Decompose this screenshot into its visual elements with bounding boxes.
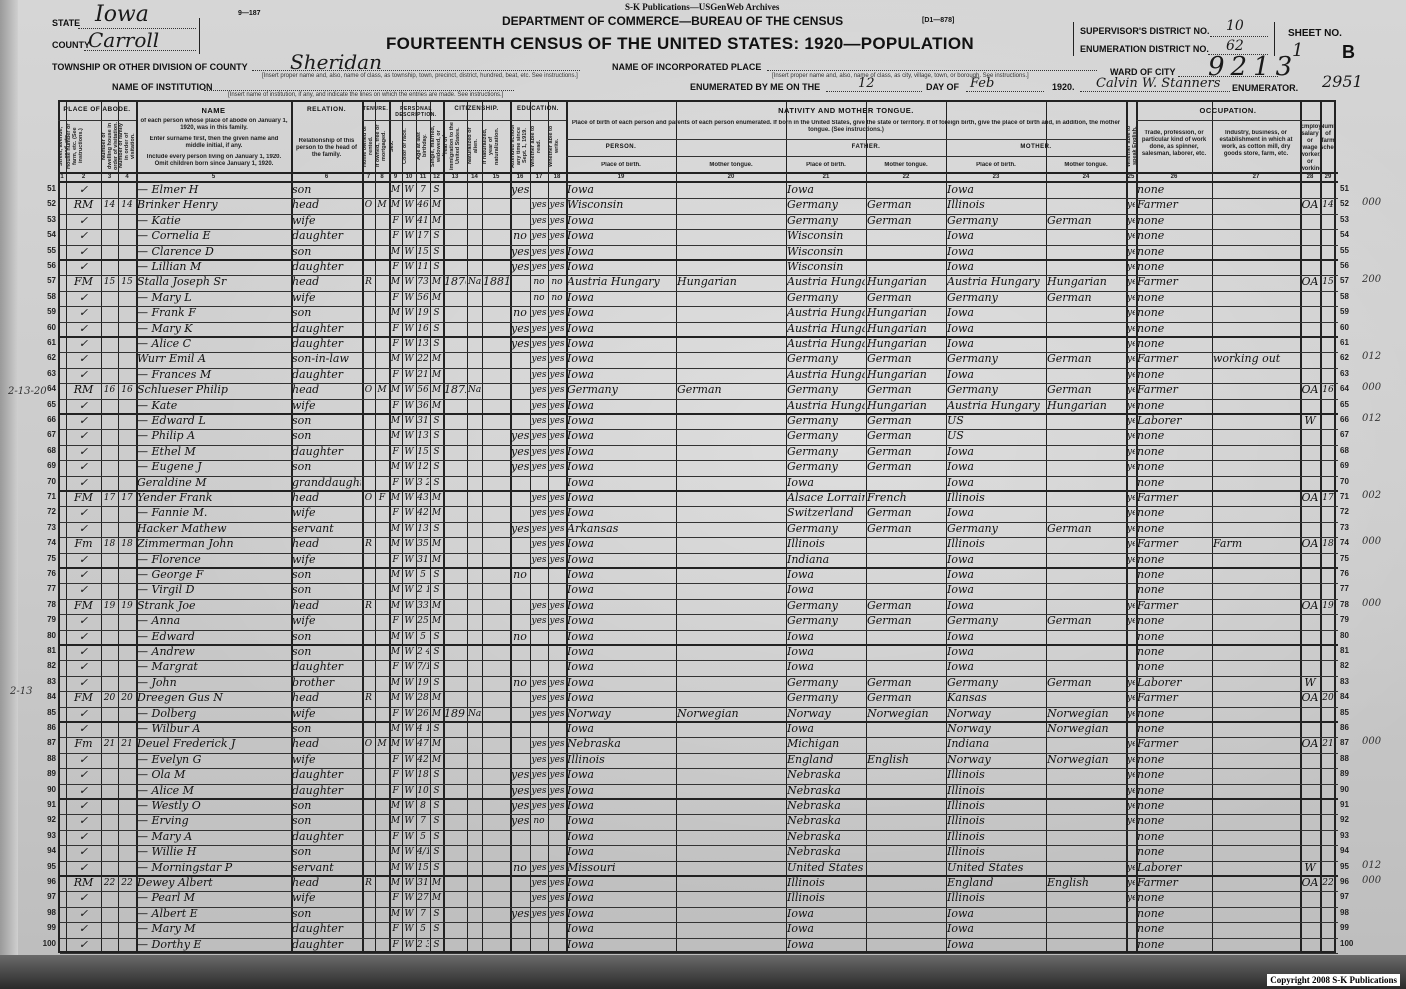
line-number: 59 [34,307,56,316]
cell-emp: OA [1301,380,1319,400]
line-number: 59 [1340,307,1362,316]
cell-emp: OA [1301,596,1319,616]
group-divider [566,139,1126,140]
color-heading: Color or race. [402,122,416,170]
cell-owned: O [363,734,374,754]
page-edge [0,0,18,989]
column-number: 29 [1320,174,1336,180]
row-group-divider [60,644,1338,646]
line-number: 100 [1340,939,1362,948]
cell-color: W [403,935,415,955]
line-number: 94 [34,846,56,855]
line-number: 93 [1340,831,1362,840]
census-table: PLACE OF ABODE.NAMERELATION.TENURE.PERSO… [58,100,1336,953]
line-number: 86 [34,723,56,732]
column-number: 7 [362,174,375,180]
cell-family: 20 [119,688,135,708]
line-number: 87 [1340,738,1362,747]
cell-tongue: Hungarian [677,272,785,292]
enumeration-label: ENUMERATION DISTRICT NO. [1080,44,1209,54]
cell-ftongue: German [867,611,945,631]
cell-emp: OA [1301,688,1319,708]
line-number: 51 [34,184,56,193]
industry-heading: Industry, business, or establishment in … [1214,130,1298,166]
column-number: 3 [101,174,118,180]
group-education: EDUCATION. [510,106,566,112]
line-number: 91 [34,800,56,809]
street-heading: Street, avenue, road, etc. [58,122,66,170]
township-label: TOWNSHIP OR OTHER DIVISION OF COUNTY [52,62,248,72]
cell-write: yes [549,904,565,924]
line-number: 58 [1340,292,1362,301]
column-number: 8 [375,174,389,180]
margin-code: 012 [1362,413,1381,424]
line-number: 55 [34,246,56,255]
cell-farm: 14 [1321,195,1335,215]
line-number: 73 [1340,523,1362,532]
township-hint: [Insert proper name and, also, name of c… [262,73,578,79]
margin-code: 000 [1362,598,1381,609]
corner-note: 2951 [1322,72,1363,91]
family-heading: Number of family in order of visitation. [118,122,136,170]
line-number: 65 [34,400,56,409]
sheet-label: SHEET NO. [1288,28,1342,39]
cell-family: 21 [119,734,135,754]
cell-age: 2 3/12 [417,935,429,955]
cell-family: 14 [119,195,135,215]
day-of-label: DAY OF [926,82,959,92]
line-number: 68 [34,446,56,455]
cell-mpob: Iowa [947,935,1045,955]
cell-mtongue: Norwegian [1047,750,1125,770]
line-number: 82 [34,661,56,670]
cell-eng: yes [1127,811,1135,831]
line-number: 88 [34,754,56,763]
row-group-divider [60,490,1338,492]
cell-name: — Dorthy E [137,935,290,955]
line-number: 86 [1340,723,1362,732]
group-father: FATHER. [786,144,946,150]
row-group-divider [60,721,1338,723]
line-number: 91 [1340,800,1362,809]
english-heading: Whether able to speak English. [1126,122,1136,170]
cell-farm: 15 [1321,272,1335,292]
cell-owned: R [363,272,374,292]
line-number: 98 [1340,908,1362,917]
margin-code: 002 [1362,490,1381,501]
line-number: 95 [34,862,56,871]
copyright: Copyright 2008 S-K Publications [1267,974,1400,986]
cell-family: 18 [119,534,135,554]
cell-mtongue: German [1047,611,1125,631]
cell-nat: Na [468,380,481,400]
group-mother: MOTHER. [946,144,1126,150]
cell-farm: 21 [1321,734,1335,754]
cell-emp: OA [1301,534,1319,554]
line-number: 71 [34,492,56,501]
line-number: 95 [1340,862,1362,871]
cell-relation: daughter [292,935,361,955]
enumerator-label: ENUMERATOR. [1232,83,1298,93]
mother-mother-tongue: Mother tongue. [1046,162,1126,170]
line-number: 61 [1340,338,1362,347]
line-number: 72 [34,507,56,516]
cell-school: no [511,673,529,693]
cell-marital: S [431,935,442,955]
cell-owned: O [363,380,374,400]
line-number: 60 [34,323,56,332]
cell-owned: O [363,195,374,215]
line-number: 92 [34,815,56,824]
line-number: 81 [34,646,56,655]
employer-heading: Employer, salary or wage worker, or work… [1300,124,1320,170]
naturalized-heading: Naturalized or alien. [467,122,482,170]
enumerated-month: Feb [970,76,994,91]
line-number: 90 [34,785,56,794]
cell-dwelling: 14 [102,195,117,215]
line-number: 67 [1340,430,1362,439]
line-number: 57 [1340,276,1362,285]
line-number: 84 [34,692,56,701]
cell-school: yes [511,904,529,924]
column-number: 14 [467,174,482,180]
line-number: 75 [34,554,56,563]
line-number: 99 [1340,923,1362,932]
person-place-of-birth: Place of birth. [566,162,676,170]
line-number: 90 [1340,785,1362,794]
line-number: 58 [34,292,56,301]
form-number: 9—187 [238,10,261,17]
cell-mtongue: German [1047,288,1125,308]
cell-dwelling: 21 [102,734,117,754]
line-number: 99 [34,923,56,932]
immigration-heading: Year of immigration to the United States… [443,122,467,170]
group-divider [510,120,566,121]
cell-family: 16 [119,380,135,400]
line-number: 69 [34,461,56,470]
cell-family: 19 [119,596,135,616]
mortgaged-heading: If owned, free or mortgaged. [375,122,389,170]
cell-dwelling: 18 [102,534,117,554]
group-divider [443,120,510,121]
cell-nat: Na [468,272,481,292]
line-number: 97 [34,892,56,901]
line-number: 52 [34,199,56,208]
margin-code: 000 [1362,736,1381,747]
line-number: 83 [1340,677,1362,686]
cell-owned: R [363,596,374,616]
group-citizenship: CITIZENSHIP. [443,106,510,112]
line-number: 52 [1340,199,1362,208]
cell-school: yes [511,811,529,831]
enumerator-name: Calvin W. Stanners [1096,76,1220,91]
margin-code: 000 [1362,197,1381,208]
line-number: 63 [1340,369,1362,378]
cell-eng: yes [1127,888,1135,908]
institution-label: NAME OF INSTITUTION [112,82,213,92]
line-number: 93 [34,831,56,840]
row-group-divider [60,798,1338,800]
line-number: 78 [1340,600,1362,609]
cell-emp: OA [1301,272,1319,292]
line-number: 88 [1340,754,1362,763]
line-number: 96 [34,877,56,886]
nat-year-heading: If naturalized, year of naturalization. [482,122,510,170]
group-divider [362,120,389,121]
line-number: 63 [34,369,56,378]
line-number: 74 [34,538,56,547]
margin-code: 200 [1362,274,1381,285]
township-value: Sheridan [290,50,382,74]
group-divider [1136,120,1320,121]
line-number: 62 [1340,353,1362,362]
line-number: 77 [34,584,56,593]
cell-farm: 18 [1321,534,1335,554]
line-number: 78 [34,600,56,609]
line-number: 85 [34,708,56,717]
line-number: 65 [1340,400,1362,409]
cell-mort: M [376,734,388,754]
ward-label: WARD OF CITY [1110,67,1176,77]
line-number: 57 [34,276,56,285]
father-place-of-birth: Place of birth. [786,162,866,170]
group-name: NAME [136,106,291,115]
line-number: 54 [34,230,56,239]
cell-ftongue: German [867,457,945,477]
name-instructions: of each person whose place of abode on J… [140,118,288,130]
read-heading: Whether able to read. [530,122,548,170]
line-number: 89 [1340,769,1362,778]
cell-owned: R [363,688,374,708]
column-number: 24 [1046,174,1126,180]
sheet-side: B [1342,42,1355,63]
line-number: 66 [1340,415,1362,424]
cell-mort: M [376,195,388,215]
cell-school: yes [511,519,529,539]
name-instructions-3: Include every person living on January 1… [140,154,288,170]
line-number: 77 [1340,584,1362,593]
census-sheet: S-K Publications—USGenWeb Archives 9—187… [0,0,1406,989]
margin-code: 012 [1362,351,1381,362]
column-number: 15 [482,174,510,180]
cell-pob: Iowa [567,935,675,955]
mother-place-of-birth: Place of birth. [946,162,1046,170]
margin-code: 000 [1362,536,1381,547]
margin-code: 000 [1362,875,1381,886]
line-number: 96 [1340,877,1362,886]
cell-read: no [531,811,547,831]
cell-dwelling: 19 [102,596,117,616]
cell-read: yes [531,904,547,924]
line-number: 56 [34,261,56,270]
group-relation: RELATION. [291,106,362,113]
line-number: 61 [34,338,56,347]
line-number: 85 [1340,708,1362,717]
line-number: 64 [1340,384,1362,393]
line-number: 69 [1340,461,1362,470]
supervisor-value: 10 [1226,18,1244,34]
school-heading: Attended school any time since Sept. 1, … [510,122,530,170]
cell-tongue: German [677,380,785,400]
line-number: 89 [34,769,56,778]
line-number: 97 [1340,892,1362,901]
incorporated-label: NAME OF INCORPORATED PLACE [612,62,761,72]
cell-eng: yes [1127,611,1135,631]
nativity-instructions: Place of birth of each person and parent… [570,120,1122,136]
group-divider [58,120,136,121]
county-value: Carroll [88,28,159,52]
line-number: 72 [1340,507,1362,516]
relation-instructions: Relationship of this person to the head … [295,138,358,158]
cell-mtongue: German [1047,673,1125,693]
line-number: 62 [34,353,56,362]
line-number: 79 [34,615,56,624]
row-group-divider [60,875,1338,877]
cell-dwelling: 16 [102,380,117,400]
column-number: 22 [866,174,946,180]
line-number: 98 [34,908,56,917]
cell-mtongue: German [1047,349,1125,369]
line-number: 82 [1340,661,1362,670]
line-number: 81 [1340,646,1362,655]
line-number: 60 [1340,323,1362,332]
group-personal: PERSONAL DESCRIPTION. [389,106,443,118]
row-group-divider [60,567,1338,569]
line-number: 56 [1340,261,1362,270]
cell-read: yes [531,457,547,477]
line-number: 68 [1340,446,1362,455]
line-number: 83 [34,677,56,686]
cell-farm: 20 [1321,688,1335,708]
line-number: 76 [1340,569,1362,578]
owned-heading: Home owned or rented. [362,122,375,170]
cell-read: yes [531,611,547,631]
line-number: 79 [1340,615,1362,624]
sex-heading: Sex. [389,122,402,170]
group-person: PERSON. [566,144,676,150]
row-group-divider [60,413,1338,415]
cell-trade: none [1137,935,1211,955]
line-number: 84 [1340,692,1362,701]
column-number: 1 [58,174,66,180]
group-abode: PLACE OF ABODE. [58,106,136,113]
cell-imm: 1872 [444,380,466,400]
group-divider [566,156,1126,157]
line-number: 94 [1340,846,1362,855]
line-number: 55 [1340,246,1362,255]
dwelling-heading: Number of dwelling house in order of vis… [101,122,118,170]
cell-emp: OA [1301,734,1319,754]
line-number: 51 [1340,184,1362,193]
cell-emp: OA [1301,195,1319,215]
line-number: 75 [1340,554,1362,563]
cell-family: 15 [119,272,135,292]
cell-fpob: Iowa [787,935,865,955]
line-number: 67 [34,430,56,439]
margin-date-note-2: 2-13 [10,686,32,697]
father-mother-tongue: Mother tongue. [866,162,946,170]
state-value: Iowa [95,2,149,27]
state-label: STATE [52,18,80,28]
age-heading: Age at last birthday. [416,122,430,170]
cell-write: yes [549,611,565,631]
cell-mort: M [376,380,388,400]
column-number: 28 [1300,174,1320,180]
cell-imm: 1876 [444,272,466,292]
marital-heading: Single, married, widowed, or divorced. [430,122,443,170]
page-shadow [0,955,1406,989]
row-group-divider [60,259,1338,261]
column-number: 17 [530,174,548,180]
line-number: 66 [34,415,56,424]
line-number: 54 [1340,230,1362,239]
watermark: S-K Publications—USGenWeb Archives [625,2,779,12]
cell-industry: working out [1213,349,1299,369]
line-number: 53 [34,215,56,224]
form-code: [D1—878] [922,17,954,24]
line-number: 70 [1340,477,1362,486]
cell-eng: yes [1127,457,1135,477]
cell-school: yes [511,180,529,200]
cell-write: yes [549,457,565,477]
institution-hint: [Insert name of institution, if any, and… [228,92,503,98]
line-number: 71 [1340,492,1362,501]
margin-code: 000 [1362,382,1381,393]
line-number: 64 [34,384,56,393]
supervisor-label: SUPERVISOR'S DISTRICT NO. [1080,26,1210,36]
column-number: 25 [1126,174,1136,180]
ward-value: 9213 [1208,52,1298,82]
group-tenure: TENURE. [362,106,389,112]
line-number: 74 [1340,538,1362,547]
line-number: 70 [34,477,56,486]
line-number: 73 [34,523,56,532]
line-number: 80 [34,631,56,640]
cell-farm: 19 [1321,596,1335,616]
cell-mtongue: German [1047,519,1125,539]
year: 1920. [1052,82,1075,92]
column-number: 4 [118,174,136,180]
row-group-divider [60,336,1338,338]
line-number: 76 [34,569,56,578]
cell-natyr: 1881 [483,272,509,292]
cell-ftongue: German [867,519,945,539]
cell-owned: R [363,534,374,554]
cell-house: ✓ [67,935,100,955]
farm-schedule-heading: Number of farm schedule. [1320,124,1336,170]
cell-mtongue: German [1047,211,1125,231]
enumerated-label: ENUMERATED BY ME ON THE [690,82,820,92]
cell-farm: 16 [1321,380,1335,400]
line-number: 92 [1340,815,1362,824]
cell-industry: Farm [1213,534,1299,554]
house-heading: House number or farm, etc. (See instruct… [66,122,101,170]
page-title: FOURTEENTH CENSUS OF THE UNITED STATES: … [386,34,974,54]
group-occupation: OCCUPATION. [1136,106,1320,115]
cell-sex: F [390,935,401,955]
line-number: 53 [1340,215,1362,224]
cell-dwelling: 15 [102,272,117,292]
line-number: 87 [34,738,56,747]
margin-code: 012 [1362,860,1381,871]
trade-heading: Trade, profession, or particular kind of… [1138,130,1210,166]
line-number: 100 [34,939,56,948]
column-number: 13 [443,174,467,180]
department-heading: DEPARTMENT OF COMMERCE—BUREAU OF THE CEN… [502,14,843,28]
line-number: 80 [1340,631,1362,640]
cell-school: yes [511,457,529,477]
write-heading: Whether able to write. [548,122,566,170]
